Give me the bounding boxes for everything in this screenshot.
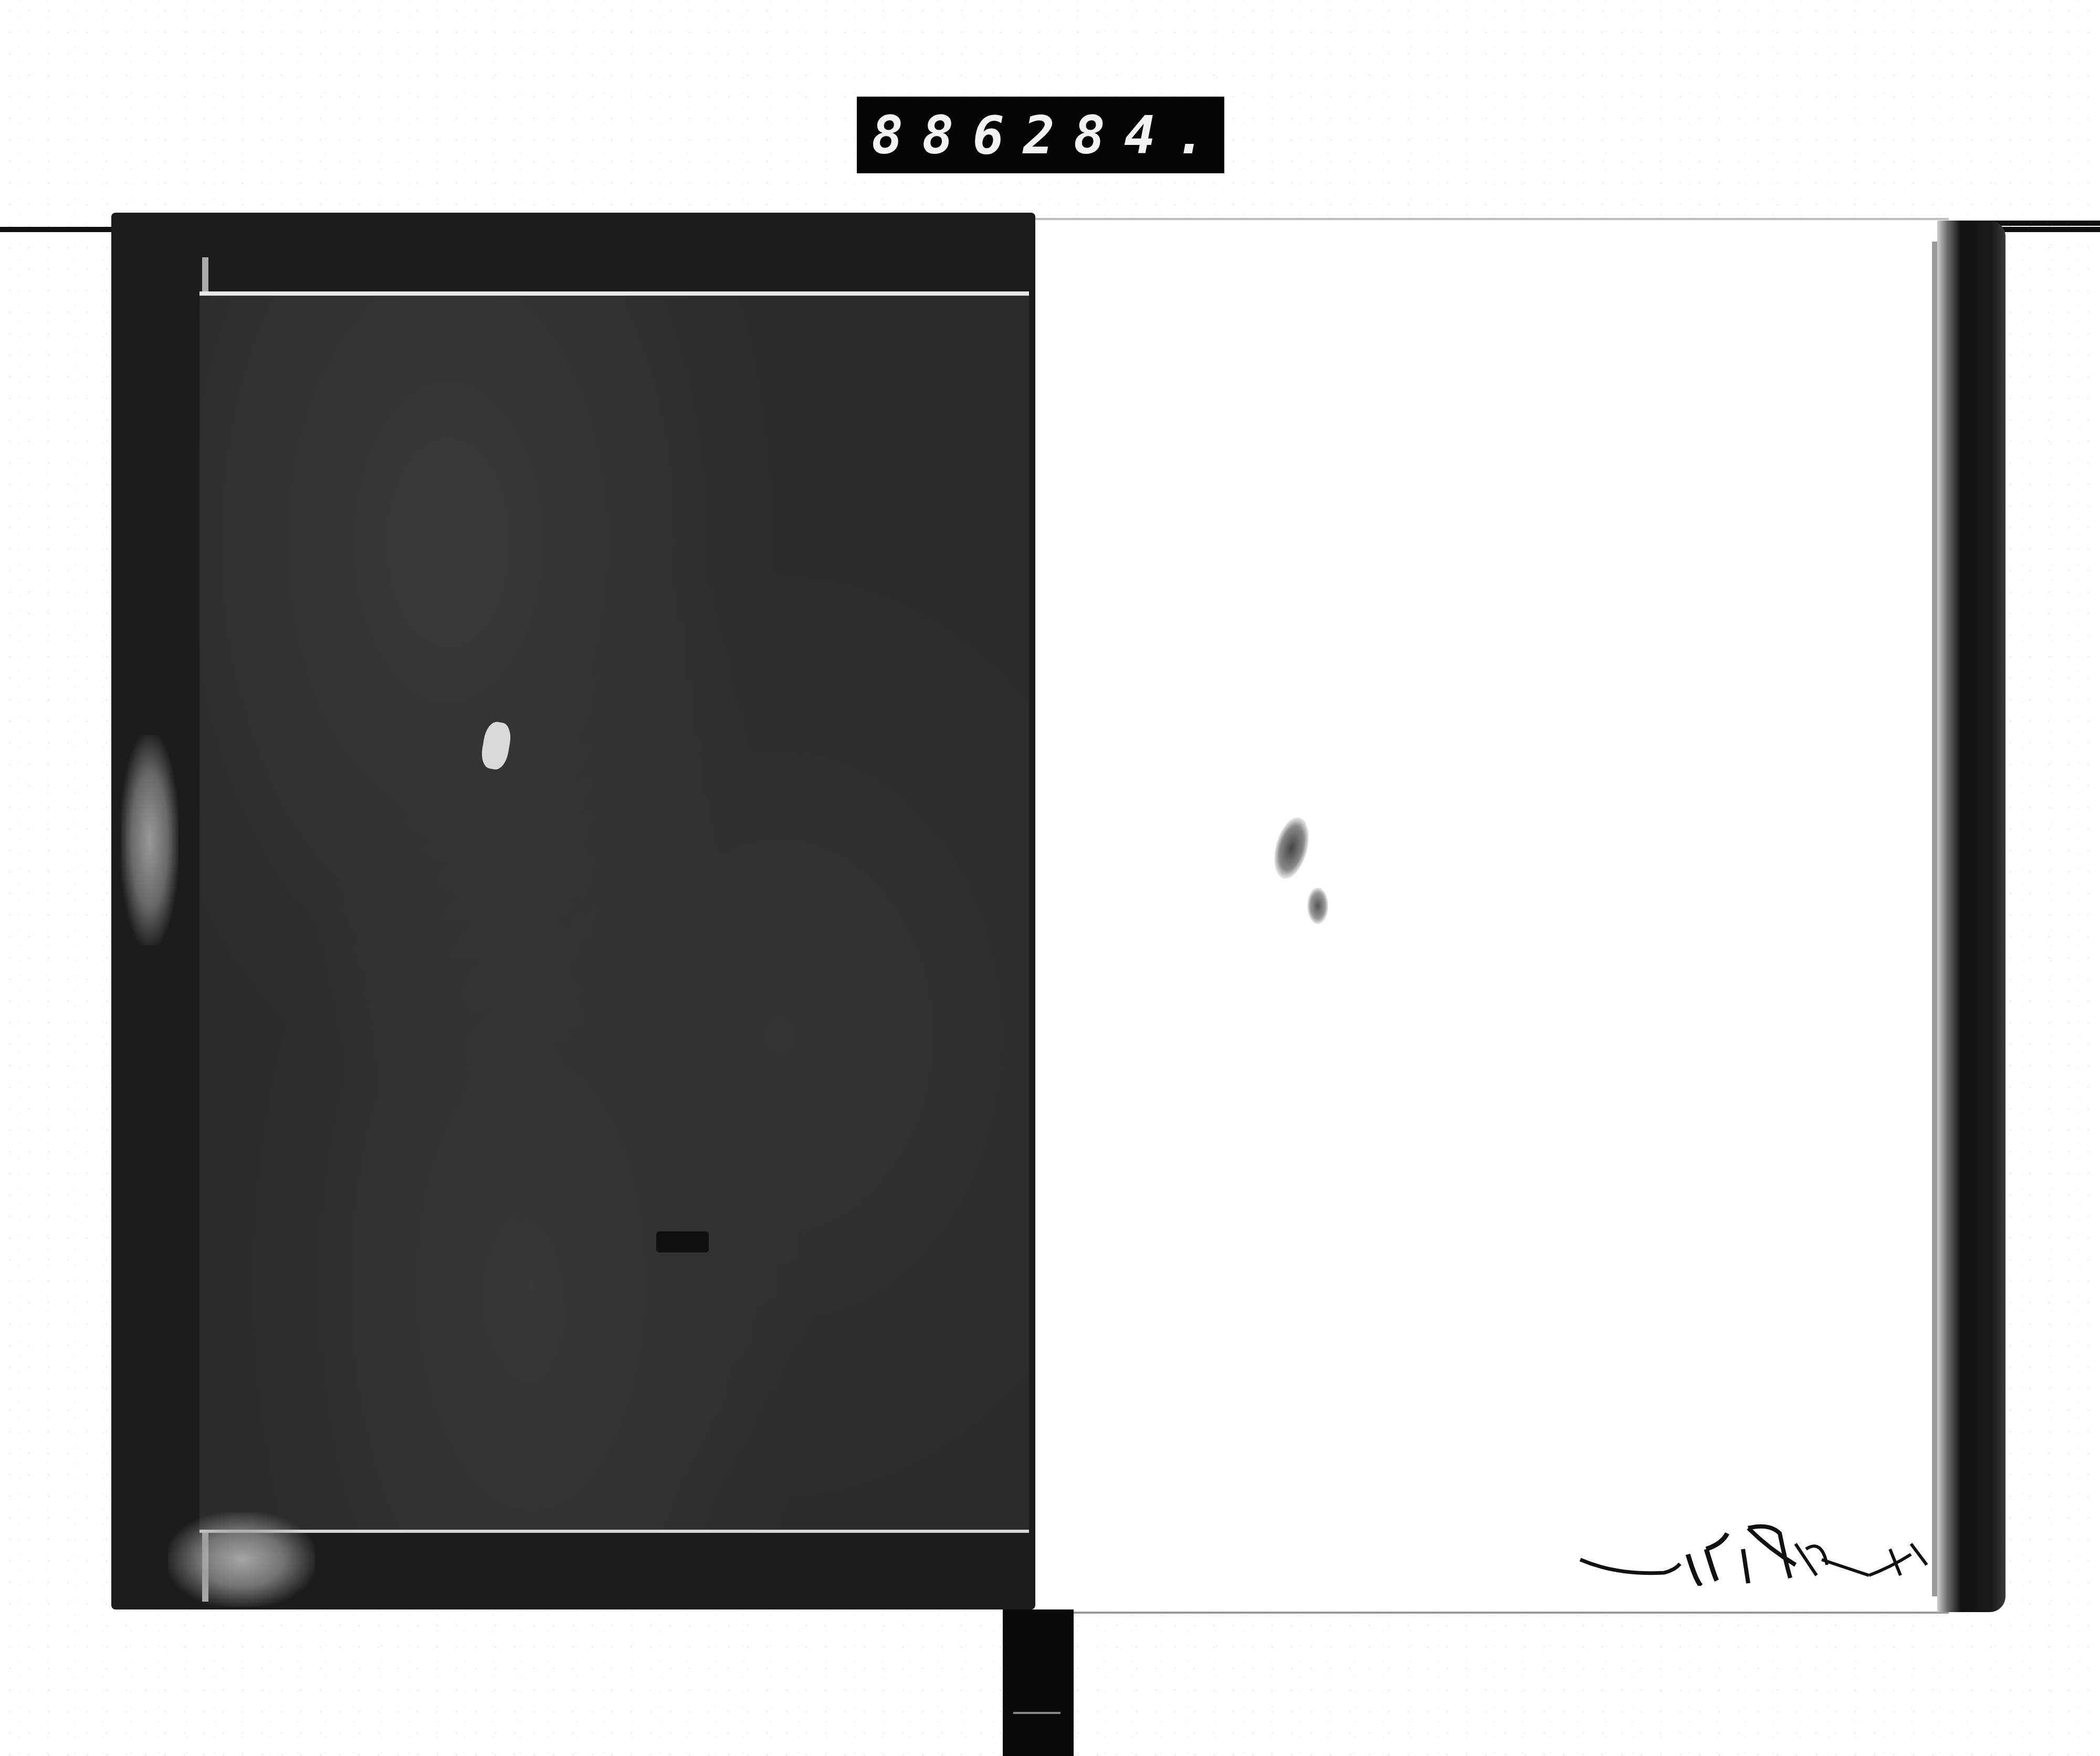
marbled-cover-board	[199, 291, 1029, 1533]
ribbon-stitch	[1013, 1712, 1060, 1714]
cover-dark-mark	[656, 1231, 709, 1252]
cover-wear-corner	[168, 1512, 315, 1607]
blank-endpaper-page	[1035, 218, 1949, 1614]
page-block-edge	[1937, 221, 2005, 1612]
frame-number: 284.	[1023, 104, 1225, 166]
frame-counter-label: 886 284.	[857, 97, 1224, 173]
page-smudge-small	[1307, 887, 1328, 924]
handwritten-inscription	[1575, 1518, 1932, 1586]
bookmark-ribbon	[1003, 1609, 1074, 1756]
cover-wear-mark	[121, 735, 178, 945]
reel-number: 886	[871, 104, 1023, 166]
